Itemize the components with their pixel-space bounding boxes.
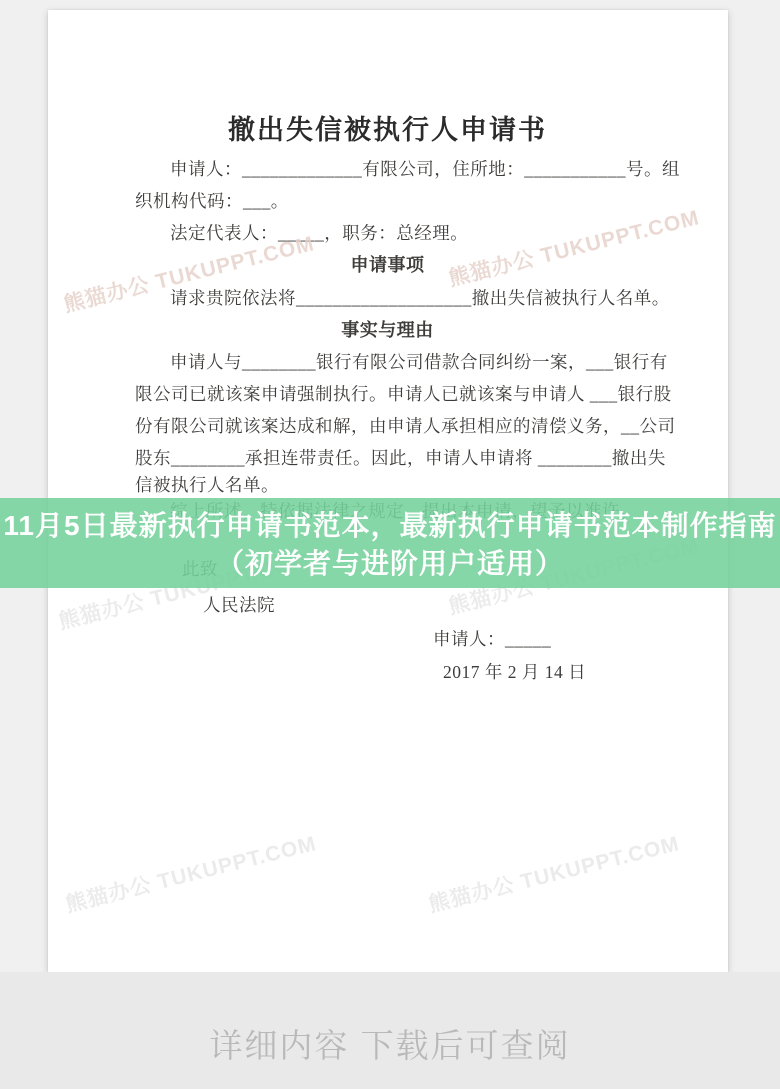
doc-line-signature: 申请人：_____: [433, 628, 551, 650]
section-heading-facts: 事实与理由: [135, 319, 640, 341]
banner-title: 11月5日最新执行申请书范本，最新执行申请书范本制作指南: [0, 507, 780, 545]
doc-line-request: 请求贵院依法将___________________撤出失信被执行人名单。: [170, 287, 670, 309]
doc-line-org-code: 织机构代码：___。: [135, 190, 289, 212]
doc-line-facts-5: 信被执行人名单。: [135, 474, 279, 496]
footer-caption: 详细内容 下载后可查阅: [0, 1020, 780, 1067]
doc-line-facts-4: 股东________承担连带责任。因此，申请人申请将 ________撤出失: [135, 447, 666, 469]
doc-line-facts-3: 份有限公司就该案达成和解，由申请人承担相应的清偿义务，__公司: [135, 415, 676, 437]
bottom-strip: 详细内容 下载后可查阅: [0, 972, 780, 1089]
page: 熊猫办公 TUKUPPT.COM 熊猫办公 TUKUPPT.COM 熊猫办公 T…: [0, 0, 780, 1089]
doc-line-date: 2017 年 2 月 14 日: [443, 661, 586, 683]
doc-line-legal-rep: 法定代表人：_____，职务：总经理。: [170, 222, 468, 244]
doc-line-facts-2: 限公司已就该案申请强制执行。申请人已就该案与申请人 ___银行股: [135, 383, 672, 405]
doc-title: 撤出失信被执行人申请书: [135, 108, 640, 147]
doc-line-facts-1: 申请人与________银行有限公司借款合同纠纷一案，___银行有: [170, 351, 668, 373]
banner-subtitle: （初学者与进阶用户适用）: [0, 545, 780, 583]
doc-line-applicant: 申请人：_____________有限公司，住所地：___________号。组: [170, 158, 680, 180]
promo-banner: 11月5日最新执行申请书范本，最新执行申请书范本制作指南 （初学者与进阶用户适用…: [0, 498, 780, 588]
